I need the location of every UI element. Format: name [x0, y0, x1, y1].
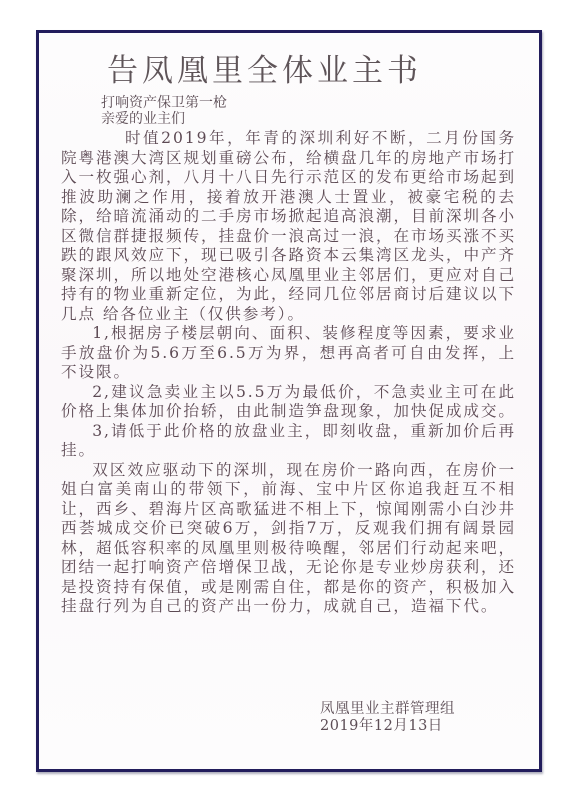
- signature-organization: 凤凰里业主群管理组: [320, 701, 455, 718]
- paragraph-point-3: 3,请低于此价格的放盘业主，即刻收盘，重新加价后再挂。: [61, 422, 516, 461]
- paragraph-intro: 时值2019年，年青的深圳利好不断，二月份国务院粤港澳大湾区规划重磅公布，给横盘…: [61, 129, 516, 324]
- subtitle-slogan: 打响资产保卫第一枪: [101, 95, 227, 111]
- paragraph-closing: 双区效应驱动下的深圳，现在房价一路向西，在房价一姐白富美南山的带领下，前海、宝中…: [61, 461, 516, 617]
- paragraph-point-1: 1,根据房子楼层朝向、面积、装修程度等因素，要求业手放盘价为5.6万至6.5万为…: [61, 324, 516, 383]
- document-title: 告凤凰里全体业主书: [107, 45, 422, 90]
- notice-sheet: 告凤凰里全体业主书 打响资产保卫第一枪 亲爱的业主们 时值2019年，年青的深圳…: [36, 30, 542, 772]
- signature-block: 凤凰里业主群管理组 2019年12月13日: [320, 701, 455, 735]
- signature-date: 2019年12月13日: [320, 718, 455, 735]
- salutation: 亲爱的业主们: [101, 111, 185, 127]
- document-body: 时值2019年，年青的深圳利好不断，二月份国务院粤港澳大湾区规划重磅公布，给横盘…: [61, 129, 516, 617]
- paragraph-point-2: 2,建议急卖业主以5.5万为最低价，不急卖业主可在此价格上集体加价抬轿，由此制造…: [61, 383, 516, 422]
